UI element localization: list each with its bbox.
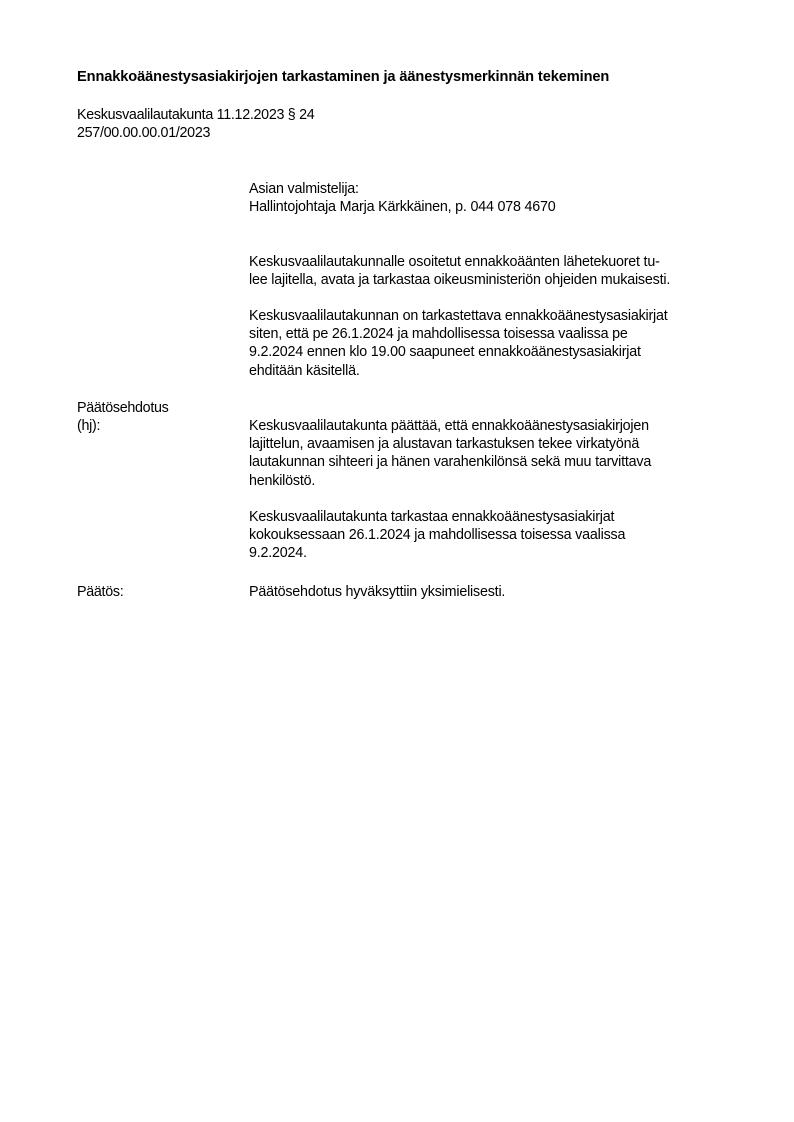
record-number: 257/00.00.00.01/2023 — [77, 125, 210, 141]
proposal-paragraph-1: Keskusvaalilautakunta päättää, että enna… — [249, 417, 651, 490]
text-line: lee lajitella, avata ja tarkastaa oikeus… — [249, 271, 670, 289]
proposal-paragraph-2: Keskusvaalilautakunta tarkastaa ennakkoä… — [249, 508, 625, 563]
background-paragraph-2: Keskusvaalilautakunnan on tarkastettava … — [249, 307, 668, 380]
decision-text: Päätösehdotus hyväksyttiin yksimielisest… — [249, 583, 505, 601]
background-paragraph-1: Keskusvaalilautakunnalle osoitetut ennak… — [249, 253, 670, 289]
text-line: Keskusvaalilautakunta päättää, että enna… — [249, 417, 651, 435]
meeting-reference: Keskusvaalilautakunta 11.12.2023 § 24 — [77, 107, 314, 123]
preparer-name: Hallintojohtaja Marja Kärkkäinen, p. 044… — [249, 198, 556, 216]
preparer-label: Asian valmistelija: — [249, 180, 359, 198]
text-line: siten, että pe 26.1.2024 ja mahdollisess… — [249, 325, 668, 343]
text-line: lautakunnan sihteeri ja hänen varahenkil… — [249, 453, 651, 471]
decision-label: Päätös: — [77, 583, 123, 601]
text-line: kokouksessaan 26.1.2024 ja mahdollisessa… — [249, 526, 625, 544]
text-line: Keskusvaalilautakunta tarkastaa ennakkoä… — [249, 508, 625, 526]
text-line: Keskusvaalilautakunnan on tarkastettava … — [249, 307, 668, 325]
text-line: 9.2.2024. — [249, 544, 625, 562]
text-line: 9.2.2024 ennen klo 19.00 saapuneet ennak… — [249, 343, 668, 361]
text-line: lajittelun, avaamisen ja alustavan tarka… — [249, 435, 651, 453]
proposal-label-author: (hj): — [77, 417, 100, 435]
text-line: ehditään käsitellä. — [249, 362, 668, 380]
text-line: Keskusvaalilautakunnalle osoitetut ennak… — [249, 253, 670, 271]
document-title: Ennakkoäänestysasiakirjojen tarkastamine… — [77, 69, 609, 85]
text-line: henkilöstö. — [249, 472, 651, 490]
proposal-label: Päätösehdotus — [77, 399, 169, 417]
